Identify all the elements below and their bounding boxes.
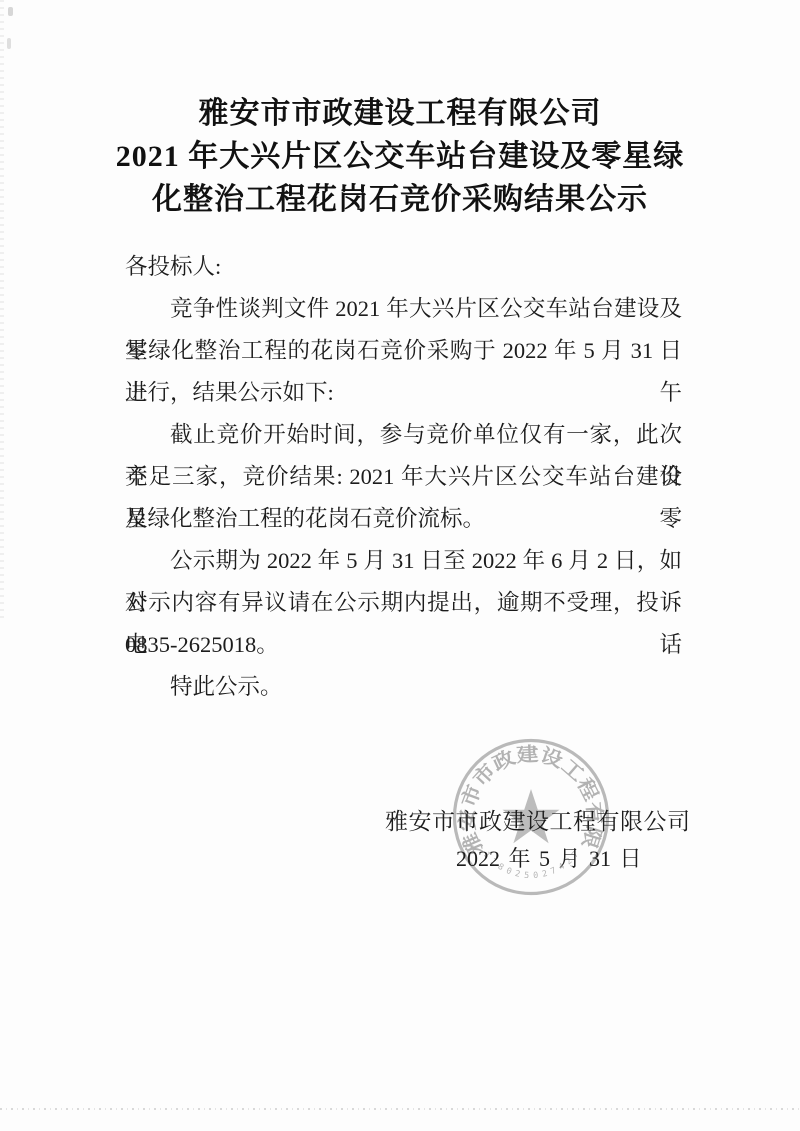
body-line: 特此公示。 bbox=[125, 666, 682, 708]
salutation: 各投标人: bbox=[125, 246, 682, 288]
signature-company: 雅安市市政建设工程有限公司 bbox=[385, 803, 691, 836]
title-line-2: 2021 年大兴片区公交车站台建设及零星绿 bbox=[100, 135, 700, 178]
document-body: 各投标人: 竞争性谈判文件 2021 年大兴片区公交车站台建设及零 星绿化整治工… bbox=[125, 246, 682, 708]
signature-date: 2022 年 5 月 31 日 bbox=[456, 842, 642, 873]
title-line-1: 雅安市市政建设工程有限公司 bbox=[100, 92, 700, 135]
scan-speck bbox=[8, 7, 13, 16]
body-line: 星绿化整治工程的花岗石竞价采购于 2022 年 5 月 31 日上午 bbox=[125, 330, 682, 372]
title-line-3: 化整治工程花岗石竞价采购结果公示 bbox=[100, 178, 700, 221]
scan-edge-noise bbox=[0, 0, 4, 620]
document-title: 雅安市市政建设工程有限公司 2021 年大兴片区公交车站台建设及零星绿 化整治工… bbox=[100, 92, 700, 221]
scan-speck bbox=[7, 38, 11, 49]
body-line: 竞争性谈判文件 2021 年大兴片区公交车站台建设及零 bbox=[125, 288, 682, 330]
body-line: 不足三家，竞价结果: 2021 年大兴片区公交车站台建设及零 bbox=[125, 456, 682, 498]
body-line: 公示期为 2022 年 5 月 31 日至 2022 年 6 月 2 日，如对 bbox=[125, 540, 682, 582]
document-page: 雅安市市政建设工程有限公司 2021 年大兴片区公交车站台建设及零星绿 化整治工… bbox=[0, 0, 800, 1131]
body-line: 截止竞价开始时间，参与竞价单位仅有一家，此次竞价 bbox=[125, 414, 682, 456]
body-line: 公示内容有异议请在公示期内提出，逾期不受理，投诉电话 bbox=[125, 582, 682, 624]
scan-bottom-artifact bbox=[0, 1108, 800, 1110]
